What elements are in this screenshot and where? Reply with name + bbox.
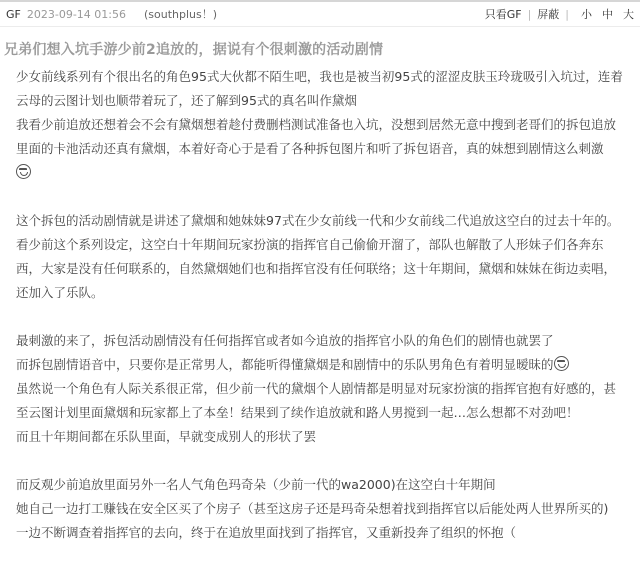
- grin-emoji-icon: [16, 164, 31, 179]
- paragraph: 这个拆包的活动剧情就是讲述了黛烟和她妹妹97式在少女前线一代和少女前线二代追放这…: [16, 209, 628, 305]
- only-author-link[interactable]: 只看GF: [485, 6, 522, 22]
- post-title: 兄弟们想入坑手游少前2追放的，据说有个很刺激的活动剧情: [4, 39, 640, 59]
- paragraph: 她自己一边打工赚钱在安全区买了个房子（甚至这房子还是玛奇朵想着找到指挥官以后能处…: [16, 497, 628, 521]
- paragraph-text: 而拆包剧情语音中，只要你是正常男人，都能听得懂黛烟是和剧情中的乐队男角色有着明显…: [16, 357, 554, 372]
- paragraph: 一边不断调查着指挥官的去向，终于在追放里面找到了指挥官，又重新投奔了组织的怀抱（: [16, 521, 628, 545]
- font-large-button[interactable]: 大: [623, 6, 634, 22]
- paragraph: 而拆包剧情语音中，只要你是正常男人，都能听得懂黛烟是和剧情中的乐队男角色有着明显…: [16, 353, 628, 377]
- paragraph: 少女前线系列有个很出名的角色95式大伙都不陌生吧，我也是被当初95式的涩涩皮肤玉…: [16, 65, 628, 113]
- post-content: 少女前线系列有个很出名的角色95式大伙都不陌生吧，我也是被当初95式的涩涩皮肤玉…: [0, 59, 628, 545]
- paragraph: 最刺激的来了，拆包活动剧情没有任何指挥官或者如今追放的指挥官小队的角色们的剧情也…: [16, 329, 628, 353]
- font-small-button[interactable]: 小: [581, 6, 592, 22]
- post-source: (southplus！): [144, 6, 217, 22]
- post-author[interactable]: GF: [6, 8, 21, 21]
- paragraph: 虽然说一个角色有人际关系很正常，但少前一代的黛烟个人剧情都是明显对玩家扮演的指挥…: [16, 377, 628, 425]
- grin-emoji-icon: [554, 356, 569, 371]
- post-actions: 只看GF | 屏蔽 | 小 中 大: [485, 6, 634, 22]
- paragraph: 我看少前追放还想着会不会有黛烟想着趁付费删档测试准备也入坑，没想到居然无意中搜到…: [16, 113, 628, 185]
- paragraph: 而且十年期间都在乐队里面，早就变成别人的形状了罢: [16, 425, 628, 449]
- post-timestamp: 2023-09-14 01:56: [27, 8, 126, 21]
- paragraph-text: 我看少前追放还想着会不会有黛烟想着趁付费删档测试准备也入坑，没想到居然无意中搜到…: [16, 117, 616, 156]
- block-link[interactable]: 屏蔽: [537, 6, 559, 22]
- font-medium-button[interactable]: 中: [602, 6, 613, 22]
- paragraph: 而反观少前追放里面另外一名人气角色玛奇朵（少前一代的wa2000)在这空白十年期…: [16, 473, 628, 497]
- post-header: GF 2023-09-14 01:56 (southplus！) 只看GF | …: [0, 2, 640, 27]
- separator: |: [565, 8, 569, 21]
- separator: |: [528, 8, 532, 21]
